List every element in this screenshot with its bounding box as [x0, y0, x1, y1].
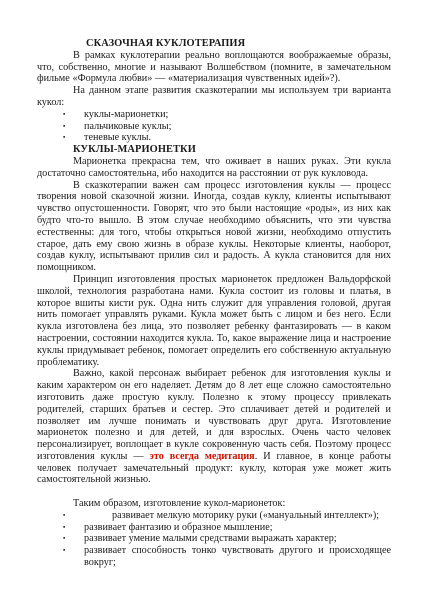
section-paragraph-3: Принцип изготовления простых марионеток … [37, 274, 391, 368]
document-page: СКАЗОЧНАЯ КУКЛОТЕРАПИЯ В рамках куклотер… [0, 0, 424, 600]
bullet-icon: ▪ [63, 522, 84, 534]
list-item: ▪развивает способность тонко чувствовать… [37, 545, 391, 569]
list-item-label: теневые куклы. [84, 132, 391, 144]
bullet-icon: ▪ [63, 132, 84, 144]
section-paragraph-4: Важно, какой персонаж выбирает ребенок д… [37, 368, 391, 486]
list-item: ▪развивает умение малыми средствами выра… [37, 533, 391, 545]
list-item-label: развивает способность тонко чувствовать … [84, 545, 391, 569]
intro-paragraph-1: В рамках куклотерапии реально воплощаютс… [37, 50, 391, 85]
list-item: ▪развивает фантазию и образное мышление; [37, 522, 391, 534]
document-title: СКАЗОЧНАЯ КУКЛОТЕРАПИЯ [37, 38, 391, 50]
section-heading: КУКЛЫ-МАРИОНЕТКИ [37, 144, 391, 156]
benefits-list: ▪развивает мелкую моторику руки («мануал… [37, 510, 391, 569]
list-item-label: развивает фантазию и образное мышление; [84, 522, 391, 534]
list-item-label: развивает мелкую моторику руки («мануаль… [84, 510, 391, 522]
list-item: ▪теневые куклы. [37, 132, 391, 144]
bullet-icon: ▪ [63, 121, 84, 133]
intro-paragraph-2: На данном этапе развития сказкотерапии м… [37, 85, 391, 109]
bullet-icon: ▪ [63, 109, 84, 121]
list-item-label: развивает умение малыми средствами выраж… [84, 533, 391, 545]
highlighted-phrase: это всегда медитация [149, 451, 254, 462]
list-item: ▪развивает мелкую моторику руки («мануал… [37, 510, 391, 522]
bullet-icon: ▪ [63, 545, 84, 569]
list-item-label: куклы-марионетки; [84, 109, 391, 121]
list-item-label: пальчиковые куклы; [84, 121, 391, 133]
paragraph-text: Важно, какой персонаж выбирает ребенок д… [37, 368, 391, 462]
bullet-icon: ▪ [63, 533, 84, 545]
list-item: ▪куклы-марионетки; [37, 109, 391, 121]
bullet-icon: ▪ [63, 510, 84, 522]
list-item: ▪пальчиковые куклы; [37, 121, 391, 133]
section-paragraph-5: Таким образом, изготовление кукол-марион… [37, 498, 391, 510]
doll-types-list: ▪куклы-марионетки; ▪пальчиковые куклы; ▪… [37, 109, 391, 144]
section-paragraph-1: Марионетка прекрасна тем, что оживает в … [37, 156, 391, 180]
section-paragraph-2: В сказкотерапии важен сам процесс изгото… [37, 180, 391, 274]
